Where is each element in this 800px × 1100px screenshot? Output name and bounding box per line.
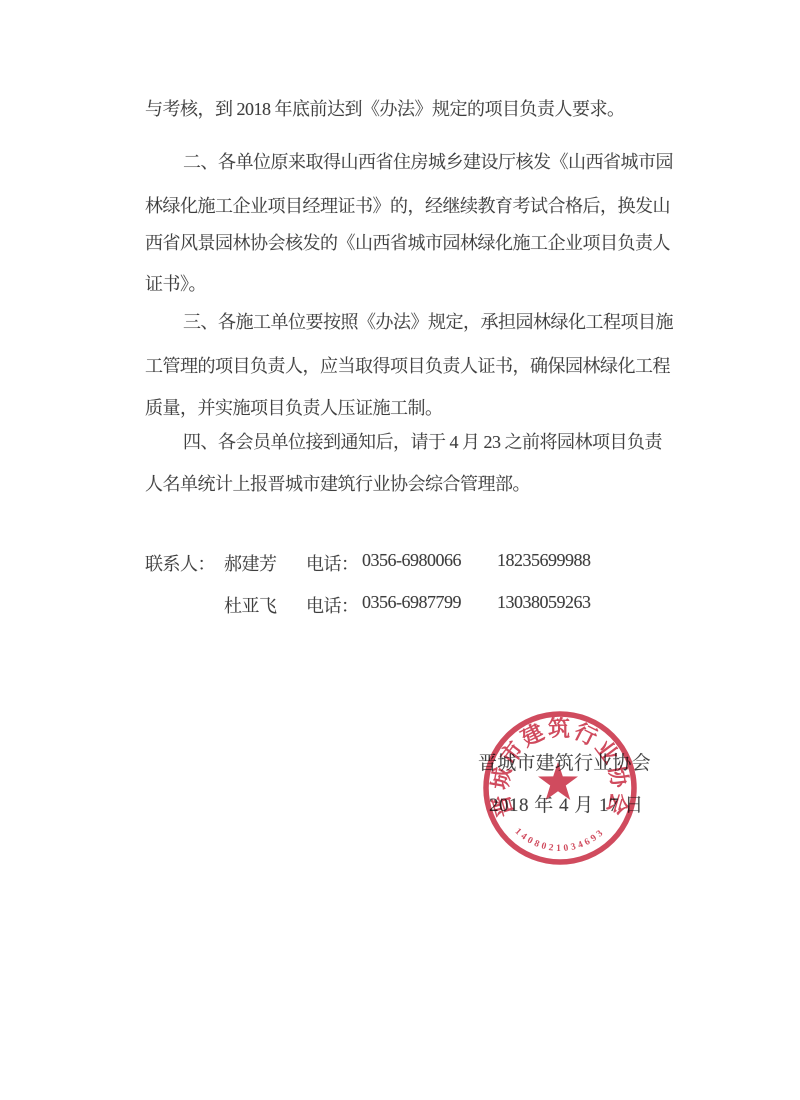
organization-seal-stamp: 晋城市建筑行业协会 1408021034693 <box>460 688 660 888</box>
body-line: 四、各会员单位接到通知后，请于 4 月 23 之前将园林项目负责 <box>183 428 662 454</box>
contact-label: 联系人： <box>145 550 215 576</box>
body-line: 质量，并实施项目负责人压证施工制。 <box>145 394 443 420</box>
contact-mobile: 13038059263 <box>497 592 591 613</box>
contact-phone: 0356-6987799 <box>362 592 461 613</box>
contact-name: 郝建芳 <box>224 550 277 576</box>
contact-phone: 0356-6980066 <box>362 550 461 571</box>
svg-text:1408021034693: 1408021034693 <box>513 827 608 854</box>
contact-name: 杜亚飞 <box>224 592 277 618</box>
seal-star-icon <box>538 762 578 800</box>
body-line: 与考核，到 2018 年底前达到《办法》规定的项目负责人要求。 <box>145 95 625 121</box>
body-line: 工管理的项目负责人，应当取得项目负责人证书，确保园林绿化工程 <box>145 352 670 378</box>
seal-serial-number: 1408021034693 <box>513 827 608 854</box>
body-line: 人名单统计上报晋城市建筑行业协会综合管理部。 <box>145 470 530 496</box>
contact-mobile: 18235699988 <box>497 550 591 571</box>
scanned-notice-page: 与考核，到 2018 年底前达到《办法》规定的项目负责人要求。 二、各单位原来取… <box>0 0 800 1100</box>
body-line: 证书》。 <box>145 270 206 296</box>
body-line: 西省风景园林协会核发的《山西省城市园林绿化施工企业项目负责人 <box>145 229 670 255</box>
body-line: 三、各施工单位要按照《办法》规定，承担园林绿化工程项目施 <box>183 308 673 334</box>
body-line: 二、各单位原来取得山西省住房城乡建设厅核发《山西省城市园 <box>183 148 673 174</box>
contact-phone-label: 电话： <box>306 550 359 576</box>
body-line: 林绿化施工企业项目经理证书》的，经继续教育考试合格后，换发山 <box>145 192 670 218</box>
contact-phone-label: 电话： <box>306 592 359 618</box>
